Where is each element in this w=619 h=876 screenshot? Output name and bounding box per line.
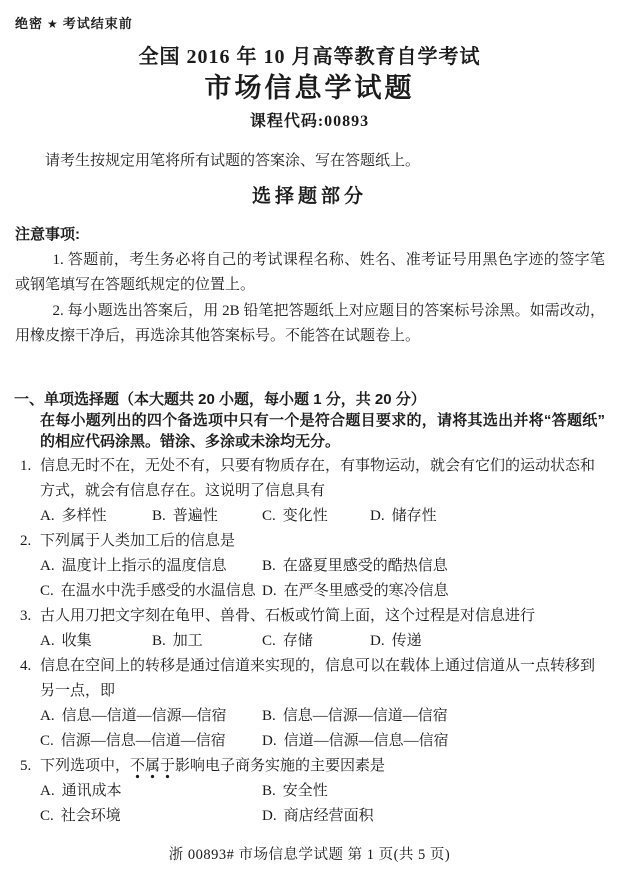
- exam-title: 全国 2016 年 10 月高等教育自学考试: [0, 40, 619, 69]
- option-text: 储存性: [392, 508, 437, 524]
- star-icon: ★: [43, 17, 63, 31]
- note-item-1: 1. 答题前，考生务必将自己的考试课程名称、姓名、准考证号用黑色字迹的签字笔或钢…: [15, 248, 605, 299]
- question-1-options: A.多样性 B.普遍性 C.变化性 D.储存性: [40, 504, 603, 529]
- option-text: 温度计上指示的温度信息: [62, 558, 227, 574]
- option-text: 信息—信源—信道—信宿: [283, 708, 448, 724]
- question-5-number: 5.: [20, 754, 40, 779]
- option-letter: B.: [262, 783, 276, 799]
- question-4-options: A.信息—信道—信源—信宿 B.信息—信源—信道—信宿 C.信源—信息—信道—信…: [40, 704, 603, 754]
- option-d: D.商店经营面积: [262, 804, 603, 829]
- option-text: 变化性: [283, 508, 328, 524]
- option-text: 普遍性: [173, 508, 218, 524]
- option-b: B.在盛夏里感受的酷热信息: [262, 554, 603, 579]
- option-a: A.温度计上指示的温度信息: [40, 554, 262, 579]
- question-2: 2.下列属于人类加工后的信息是 A.温度计上指示的温度信息 B.在盛夏里感受的酷…: [20, 529, 603, 604]
- option-letter: B.: [262, 708, 276, 724]
- option-letter: A.: [40, 783, 55, 799]
- option-text: 传递: [392, 633, 422, 649]
- option-c: C.信源—信息—信道—信宿: [40, 729, 262, 754]
- part-one-instructions: 在每小题列出的四个备选项中只有一个是符合题目要求的，请将其选出并将“答题纸”的相…: [40, 410, 605, 452]
- question-3-number: 3.: [20, 604, 40, 629]
- secrecy-label: 绝密: [15, 16, 43, 31]
- question-1-stem: 信息无时不在，无处不有，只要有物质存在，有事物运动，就会有它们的运动状态和方式，…: [40, 458, 595, 499]
- option-letter: C.: [262, 633, 276, 649]
- notes-block: 注意事项: 1. 答题前，考生务必将自己的考试课程名称、姓名、准考证号用黑色字迹…: [15, 222, 605, 350]
- option-a: A.通讯成本: [40, 779, 262, 804]
- stem-text: 下列选项中，: [40, 758, 130, 774]
- timing-label: 考试结束前: [63, 16, 133, 31]
- question-1-number: 1.: [20, 454, 40, 479]
- option-b: B.普遍性: [152, 504, 262, 529]
- option-letter: D.: [262, 583, 277, 599]
- option-letter: C.: [40, 733, 54, 749]
- option-text: 信道—信源—信息—信宿: [284, 733, 449, 749]
- option-a: A.信息—信道—信源—信宿: [40, 704, 262, 729]
- question-list: 1.信息无时不在，无处不有，只要有物质存在，有事物运动，就会有它们的运动状态和方…: [20, 454, 603, 829]
- option-letter: D.: [262, 733, 277, 749]
- question-5-options: A.通讯成本 B.安全性 C.社会环境 D.商店经营面积: [40, 779, 603, 829]
- course-code: 课程代码:00893: [0, 108, 619, 131]
- question-1: 1.信息无时不在，无处不有，只要有物质存在，有事物运动，就会有它们的运动状态和方…: [20, 454, 603, 529]
- part-one-heading: 一、单项选择题（本大题共 20 小题，每小题 1 分，共 20 分）: [14, 389, 605, 410]
- section-title: 选择题部分: [0, 181, 619, 208]
- option-text: 存储: [283, 633, 313, 649]
- option-text: 收集: [62, 633, 92, 649]
- question-5-stem: 下列选项中，不属于影响电子商务实施的主要因素是: [40, 758, 385, 779]
- option-letter: D.: [262, 808, 277, 824]
- option-text: 在盛夏里感受的酷热信息: [283, 558, 448, 574]
- page-footer: 浙 00893# 市场信息学试题 第 1 页(共 5 页): [0, 843, 619, 864]
- option-b: B.安全性: [262, 779, 603, 804]
- option-letter: B.: [262, 558, 276, 574]
- option-text: 信源—信息—信道—信宿: [61, 733, 226, 749]
- option-text: 信息—信道—信源—信宿: [62, 708, 227, 724]
- option-text: 多样性: [62, 508, 107, 524]
- stem-text: 影响电子商务实施的主要因素是: [175, 758, 385, 774]
- stem-emphasized-text: 不属于: [130, 758, 175, 779]
- option-letter: C.: [40, 808, 54, 824]
- question-3-options: A.收集 B.加工 C.存储 D.传递: [40, 629, 603, 654]
- option-letter: D.: [370, 633, 385, 649]
- option-c: C.变化性: [262, 504, 370, 529]
- option-b: B.加工: [152, 629, 262, 654]
- page-title: 市场信息学试题: [0, 66, 619, 105]
- option-a: A.多样性: [40, 504, 152, 529]
- option-letter: A.: [40, 633, 55, 649]
- option-c: C.存储: [262, 629, 370, 654]
- option-text: 通讯成本: [62, 783, 122, 799]
- option-text: 加工: [173, 633, 203, 649]
- option-letter: A.: [40, 558, 55, 574]
- secrecy-banner: 绝密★考试结束前: [15, 13, 133, 32]
- question-3: 3.古人用刀把文字刻在龟甲、兽骨、石板或竹简上面，这个过程是对信息进行 A.收集…: [20, 604, 603, 654]
- option-letter: A.: [40, 508, 55, 524]
- exam-paper-page: 绝密★考试结束前 全国 2016 年 10 月高等教育自学考试 市场信息学试题 …: [0, 0, 619, 876]
- question-2-options: A.温度计上指示的温度信息 B.在盛夏里感受的酷热信息 C.在温水中洗手感受的水…: [40, 554, 603, 604]
- option-text: 商店经营面积: [284, 808, 374, 824]
- option-letter: D.: [370, 508, 385, 524]
- option-c: C.在温水中洗手感受的水温信息: [40, 579, 262, 604]
- option-d: D.传递: [370, 629, 603, 654]
- option-d: D.储存性: [370, 504, 603, 529]
- option-letter: C.: [262, 508, 276, 524]
- option-text: 安全性: [283, 783, 328, 799]
- option-c: C.社会环境: [40, 804, 262, 829]
- option-text: 社会环境: [61, 808, 121, 824]
- question-4-stem: 信息在空间上的转移是通过信道来实现的，信息可以在载体上通过信道从一点转移到另一点…: [40, 658, 595, 699]
- option-letter: B.: [152, 508, 166, 524]
- option-d: D.在严冬里感受的寒冷信息: [262, 579, 603, 604]
- option-a: A.收集: [40, 629, 152, 654]
- option-letter: A.: [40, 708, 55, 724]
- question-2-number: 2.: [20, 529, 40, 554]
- question-2-stem: 下列属于人类加工后的信息是: [40, 533, 235, 549]
- question-3-stem: 古人用刀把文字刻在龟甲、兽骨、石板或竹简上面，这个过程是对信息进行: [40, 608, 535, 624]
- option-letter: B.: [152, 633, 166, 649]
- option-text: 在温水中洗手感受的水温信息: [61, 583, 256, 599]
- option-d: D.信道—信源—信息—信宿: [262, 729, 603, 754]
- option-letter: C.: [40, 583, 54, 599]
- question-4: 4.信息在空间上的转移是通过信道来实现的，信息可以在载体上通过信道从一点转移到另…: [20, 654, 603, 754]
- option-b: B.信息—信源—信道—信宿: [262, 704, 603, 729]
- part-one-header: 一、单项选择题（本大题共 20 小题，每小题 1 分，共 20 分） 在每小题列…: [14, 389, 605, 452]
- answer-sheet-notice: 请考生按规定用笔将所有试题的答案涂、写在答题纸上。: [15, 149, 604, 170]
- notes-title: 注意事项:: [15, 222, 605, 248]
- question-4-number: 4.: [20, 654, 40, 679]
- note-item-2: 2. 每小题选出答案后，用 2B 铅笔把答题纸上对应题目的答案标号涂黑。如需改动…: [15, 299, 605, 350]
- option-text: 在严冬里感受的寒冷信息: [284, 583, 449, 599]
- question-5: 5.下列选项中，不属于影响电子商务实施的主要因素是 A.通讯成本 B.安全性 C…: [20, 754, 603, 829]
